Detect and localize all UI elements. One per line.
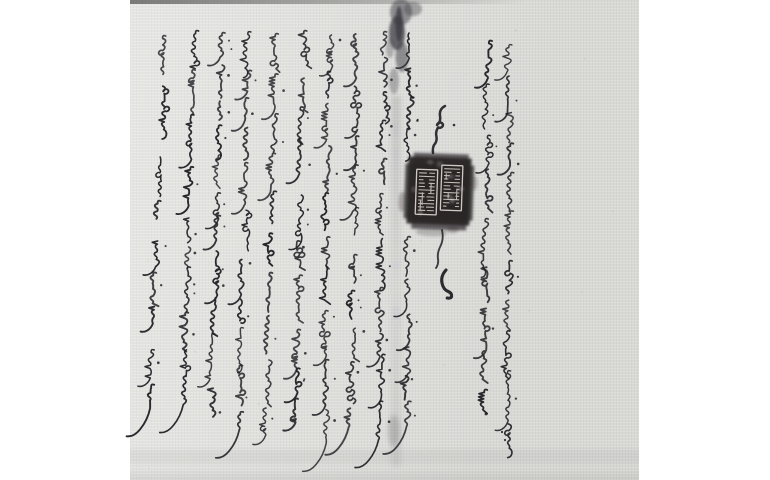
script-column	[283, 31, 311, 431]
script-column	[127, 36, 170, 437]
script-columns	[127, 31, 520, 472]
script-column	[160, 31, 200, 433]
script-column	[253, 34, 285, 445]
script-column	[198, 33, 233, 417]
seal-impression	[397, 152, 478, 238]
script-column	[495, 45, 520, 458]
punctuation-dots	[485, 413, 507, 442]
script-column	[474, 41, 497, 414]
script-column	[355, 32, 393, 468]
script-column	[325, 34, 365, 455]
script-column	[303, 35, 342, 471]
photo-backdrop	[0, 0, 770, 480]
script-column	[383, 33, 419, 454]
seal-ground	[397, 152, 478, 238]
manuscript-artwork	[0, 0, 770, 480]
